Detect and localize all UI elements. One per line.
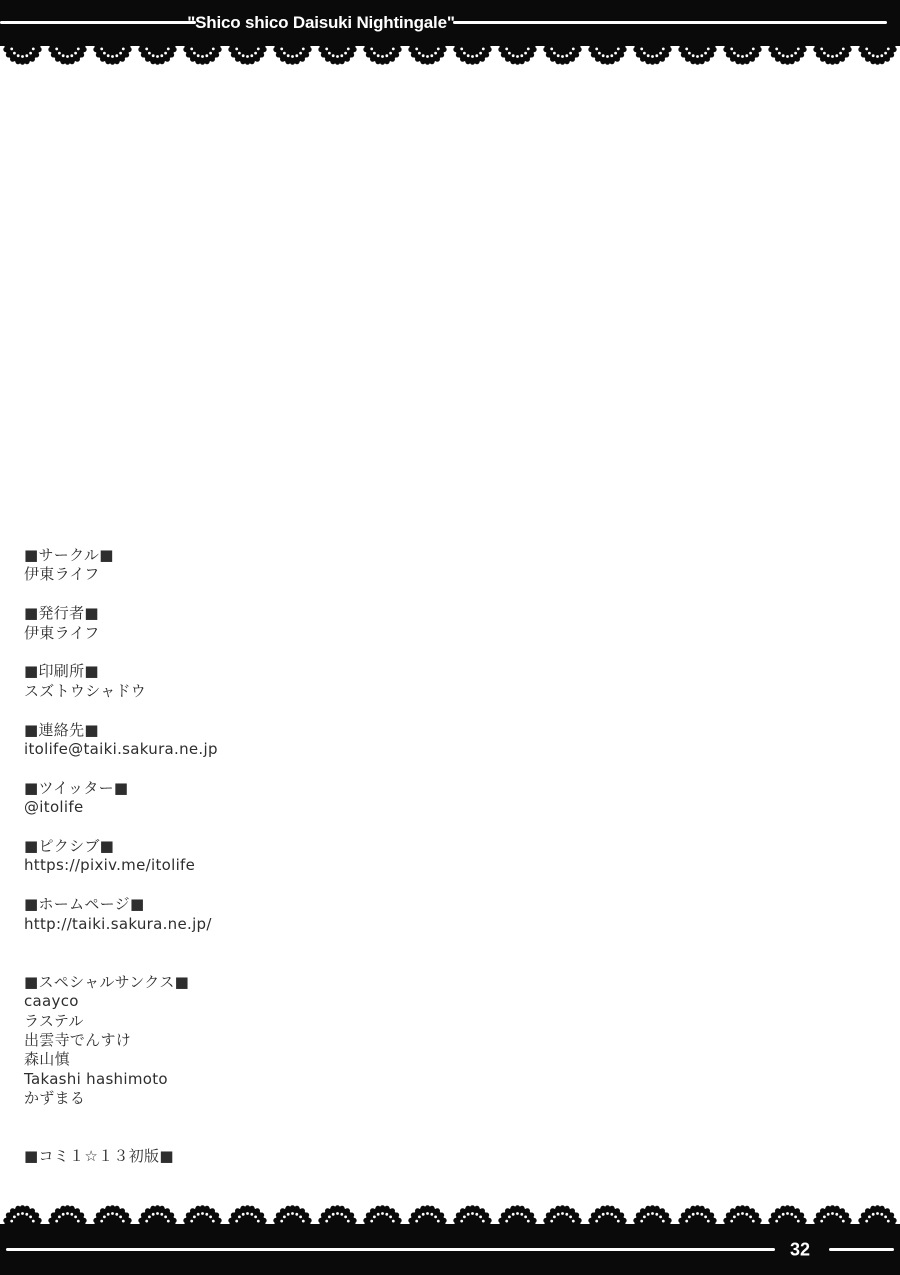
page-title: "Shico shico Daisuki Nightingale" (187, 13, 454, 33)
credit-section-contact: ■連絡先■ itolife@taiki.sakura.ne.jp (24, 721, 218, 760)
lace-border-top-icon (0, 46, 900, 67)
credit-value: 伊東ライフ (24, 565, 218, 584)
credit-heading: ■印刷所■ (24, 662, 218, 681)
thanks-name: 出雲寺でんすけ (24, 1031, 218, 1050)
credits-list: ■サークル■ 伊東ライフ ■発行者■ 伊東ライフ ■印刷所■ スズトウシャドウ … (24, 546, 218, 1186)
credit-heading: ■ホームページ■ (24, 895, 218, 914)
credit-section-twitter: ■ツイッター■ @itolife (24, 779, 218, 818)
credit-heading: ■サークル■ (24, 546, 218, 565)
credit-heading: ■連絡先■ (24, 721, 218, 740)
footer-bar: 32 (0, 1224, 900, 1275)
thanks-name: かずまる (24, 1089, 218, 1108)
header-bar: "Shico shico Daisuki Nightingale" (0, 0, 900, 46)
credit-section-circle: ■サークル■ 伊東ライフ (24, 546, 218, 585)
credit-section-printer: ■印刷所■ スズトウシャドウ (24, 662, 218, 701)
footer-rule-left (6, 1248, 775, 1251)
credit-section-homepage: ■ホームページ■ http://taiki.sakura.ne.jp/ (24, 895, 218, 934)
credit-heading: ■ツイッター■ (24, 779, 218, 798)
twitter-handle-text: @itolife (24, 798, 218, 817)
thanks-name: Takashi hashimoto (24, 1070, 218, 1089)
credit-section-publisher: ■発行者■ 伊東ライフ (24, 604, 218, 643)
credit-heading: ■スペシャルサンクス■ (24, 973, 218, 992)
header-rule-right (453, 21, 887, 24)
doujin-credits-page: "Shico shico Daisuki Nightingale" (0, 0, 900, 1275)
credit-heading: ■発行者■ (24, 604, 218, 623)
credit-section-edition-note: ■コミ１☆１３初版■ (24, 1147, 218, 1166)
pixiv-url-text: https://pixiv.me/itolife (24, 856, 218, 875)
edition-note-text: ■コミ１☆１３初版■ (24, 1147, 218, 1166)
thanks-name: ラステル (24, 1012, 218, 1031)
credit-section-pixiv: ■ピクシブ■ https://pixiv.me/itolife (24, 837, 218, 876)
homepage-url-text: http://taiki.sakura.ne.jp/ (24, 915, 218, 934)
credit-section-special-thanks: ■スペシャルサンクス■ caayco ラステル 出雲寺でんすけ 森山慎 Taka… (24, 973, 218, 1109)
lace-border-bottom-icon (0, 1203, 900, 1224)
contact-email-text: itolife@taiki.sakura.ne.jp (24, 740, 218, 759)
footer-rule-right (829, 1248, 894, 1251)
thanks-name: 森山慎 (24, 1050, 218, 1069)
header-rule-left (0, 21, 196, 24)
credit-value: 伊東ライフ (24, 624, 218, 643)
credit-value: スズトウシャドウ (24, 682, 218, 701)
credit-heading: ■ピクシブ■ (24, 837, 218, 856)
page-number: 32 (790, 1239, 810, 1260)
thanks-name: caayco (24, 992, 218, 1011)
